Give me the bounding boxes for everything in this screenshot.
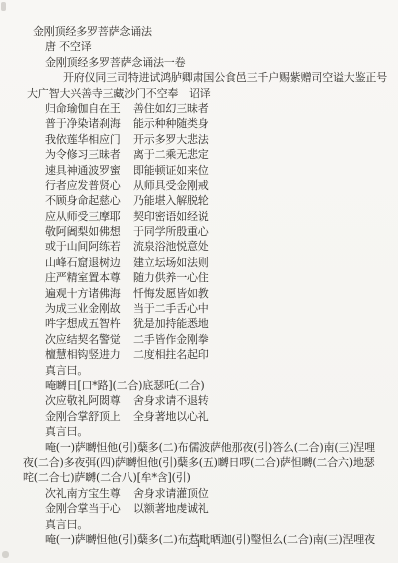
mantra-line: 唵(一)萨嚩怛他(引)蘖多(二)布儒波萨他那夜(引)答么(二合)南(三)涅哩 (0, 440, 398, 455)
verse-line: 行者应发普贤心从师具受金刚戒 (0, 178, 398, 193)
mantra-cont-line: 夜(二合)多夜弭(四)萨嚩怛他(引)蘖多(五)嚩日啰(二合)萨怛嚩(二合六)地瑟 (0, 455, 398, 470)
verse-hemistich-2: 开示多罗大悲法 (133, 133, 209, 146)
verse-hemistich-1: 次应敬礼阿閦尊 (45, 393, 133, 408)
text-block: 金刚顶经多罗菩萨念诵法 唐 不空译 金刚顶经多罗菩萨念诵法一卷 开府仪同三司特进… (0, 24, 398, 547)
scan-artifact (1, 2, 6, 11)
verse-line: 为成三业金刚故当于二手舌心中 (0, 301, 398, 316)
mantra-cont-line: 咤(二合七)萨嚩(二合八)[牟*含](引) (0, 470, 398, 485)
verse-hemistich-1: 山峰石窟退树边 (45, 255, 133, 270)
verse-hemistich-2: 建立坛场如法则 (133, 256, 209, 269)
scan-artifact (2, 551, 9, 558)
verse-line: 吽字想成五智杵犹是加持能悉地 (0, 316, 398, 331)
verse-line: 山峰石窟退树边建立坛场如法则 (0, 255, 398, 270)
verse-line: 次应敬礼阿閦尊舍身求请不退转 (0, 393, 398, 408)
verse-hemistich-1: 次应结契名警觉 (45, 332, 133, 347)
verse-hemistich-1: 敬阿阇梨如佛想 (45, 224, 133, 239)
verse-line: 庄严精室置本尊随力供养一心住 (0, 270, 398, 285)
verse-hemistich-1: 为成三业金刚故 (45, 301, 133, 316)
verse-hemistich-1: 次礼南方宝生尊 (45, 486, 133, 501)
verse-hemistich-1: 行者应发普贤心 (45, 178, 133, 193)
volume-title: 金刚顶经多罗菩萨念诵法一卷 (0, 55, 398, 70)
verse-line: 金刚合掌舒顶上全身著地以心礼 (0, 409, 398, 424)
verse-hemistich-1: 速具神通波罗蜜 (45, 163, 133, 178)
verse-hemistich-2: 流泉浴池悦意处 (133, 240, 209, 253)
verse-line: 遍观十方诸佛海忏悔发愿皆如教 (0, 286, 398, 301)
verse-hemistich-2: 即能顿证如来位 (133, 164, 209, 177)
scanned-sutra-page: 金刚顶经多罗菩萨念诵法 唐 不空译 金刚顶经多罗菩萨念诵法一卷 开府仪同三司特进… (0, 0, 398, 563)
label-line: 真言曰。 (0, 424, 398, 439)
verse-hemistich-2: 犹是加持能悉地 (133, 317, 209, 330)
verse-hemistich-2: 契印密语如经说 (133, 210, 209, 223)
verse-hemistich-2: 离于二乘无悲定 (133, 148, 209, 161)
verse-line: 次礼南方宝生尊舍身求请灌顶位 (0, 486, 398, 501)
verse-line: 或于山间阿练若流泉浴池悦意处 (0, 239, 398, 254)
verse-hemistich-2: 从师具受金刚戒 (133, 179, 209, 192)
verse-line: 应从师受三摩耶契印密语如经说 (0, 209, 398, 224)
verse-hemistich-2: 二度相拄名起印 (133, 348, 209, 361)
verse-line: 不顾身命起慈心乃能堪入解脱轮 (0, 193, 398, 208)
verse-hemistich-1: 檀慧相钩竖进力 (45, 347, 133, 362)
verse-hemistich-2: 舍身求请灌顶位 (133, 487, 209, 500)
verse-hemistich-1: 我依莲华相应门 (45, 132, 133, 147)
verse-hemistich-1: 归命瑜伽自在王 (45, 101, 133, 116)
translator-line: 唐 不空译 (0, 39, 398, 54)
verse-hemistich-1: 为令修习三昧者 (45, 147, 133, 162)
mantra-line: 唵嚩日[口*路](二合)底瑟吒(二合) (0, 378, 398, 393)
attribution-line-2: 大广智大兴善寺三藏沙门不空奉 诏译 (0, 86, 398, 101)
verse-line: 我依莲华相应门开示多罗大悲法 (0, 132, 398, 147)
verse-hemistich-1: 金刚合掌当于心 (45, 501, 133, 516)
verse-hemistich-2: 随力供养一心住 (133, 271, 209, 284)
verse-hemistich-2: 当于二手舌心中 (133, 302, 209, 315)
verse-line: 归命瑜伽自在王善住如幻三昧者 (0, 101, 398, 116)
verse-hemistich-2: 乃能堪入解脱轮 (133, 194, 209, 207)
verse-line: 敬阿阇梨如佛想于同学所殷重心 (0, 224, 398, 239)
verse-line: 为令修习三昧者离于二乘无悲定 (0, 147, 398, 162)
verse-hemistich-1: 应从师受三摩耶 (45, 209, 133, 224)
verse-hemistich-1: 或于山间阿练若 (45, 239, 133, 254)
verse-hemistich-2: 忏悔发愿皆如教 (133, 287, 209, 300)
verse-hemistich-1: 金刚合掌舒顶上 (45, 409, 133, 424)
page-title: 金刚顶经多罗菩萨念诵法 (0, 24, 398, 39)
verse-line: 普于净染诸刹海能示种种随类身 (0, 116, 398, 131)
verse-hemistich-2: 二手皆作金刚拳 (133, 333, 209, 346)
verse-hemistich-1: 不顾身命起慈心 (45, 193, 133, 208)
label-line: 真言曰。 (0, 363, 398, 378)
verse-hemistich-1: 遍观十方诸佛海 (45, 286, 133, 301)
verse-hemistich-2: 全身著地以心礼 (133, 410, 209, 423)
attribution-line-1: 开府仪同三司特进试鸿胪卿肃国公食邑三千户赐紫赠司空谥大鉴正号 (0, 70, 398, 85)
verse-hemistich-2: 善住如幻三昧者 (133, 102, 209, 115)
verse-line: 檀慧相钩竖进力二度相拄名起印 (0, 347, 398, 362)
verse-hemistich-1: 庄严精室置本尊 (45, 270, 133, 285)
sutra-body: 归命瑜伽自在王善住如幻三昧者普于净染诸刹海能示种种随类身我依莲华相应门开示多罗大… (0, 101, 398, 547)
verse-hemistich-1: 吽字想成五智杵 (45, 316, 133, 331)
verse-hemistich-2: 于同学所殷重心 (133, 225, 209, 238)
verse-line: 次应结契名警觉二手皆作金刚拳 (0, 332, 398, 347)
verse-hemistich-1: 普于净染诸刹海 (45, 116, 133, 131)
label-line: 真言曰。 (0, 517, 398, 532)
page-number: - 1 - (0, 539, 398, 550)
verse-line: 金刚合掌当于心以额著地虔诚礼 (0, 501, 398, 516)
verse-hemistich-2: 能示种种随类身 (133, 117, 209, 130)
verse-hemistich-2: 舍身求请不退转 (133, 394, 209, 407)
verse-hemistich-2: 以额著地虔诚礼 (133, 502, 209, 515)
verse-line: 速具神通波罗蜜即能顿证如来位 (0, 163, 398, 178)
